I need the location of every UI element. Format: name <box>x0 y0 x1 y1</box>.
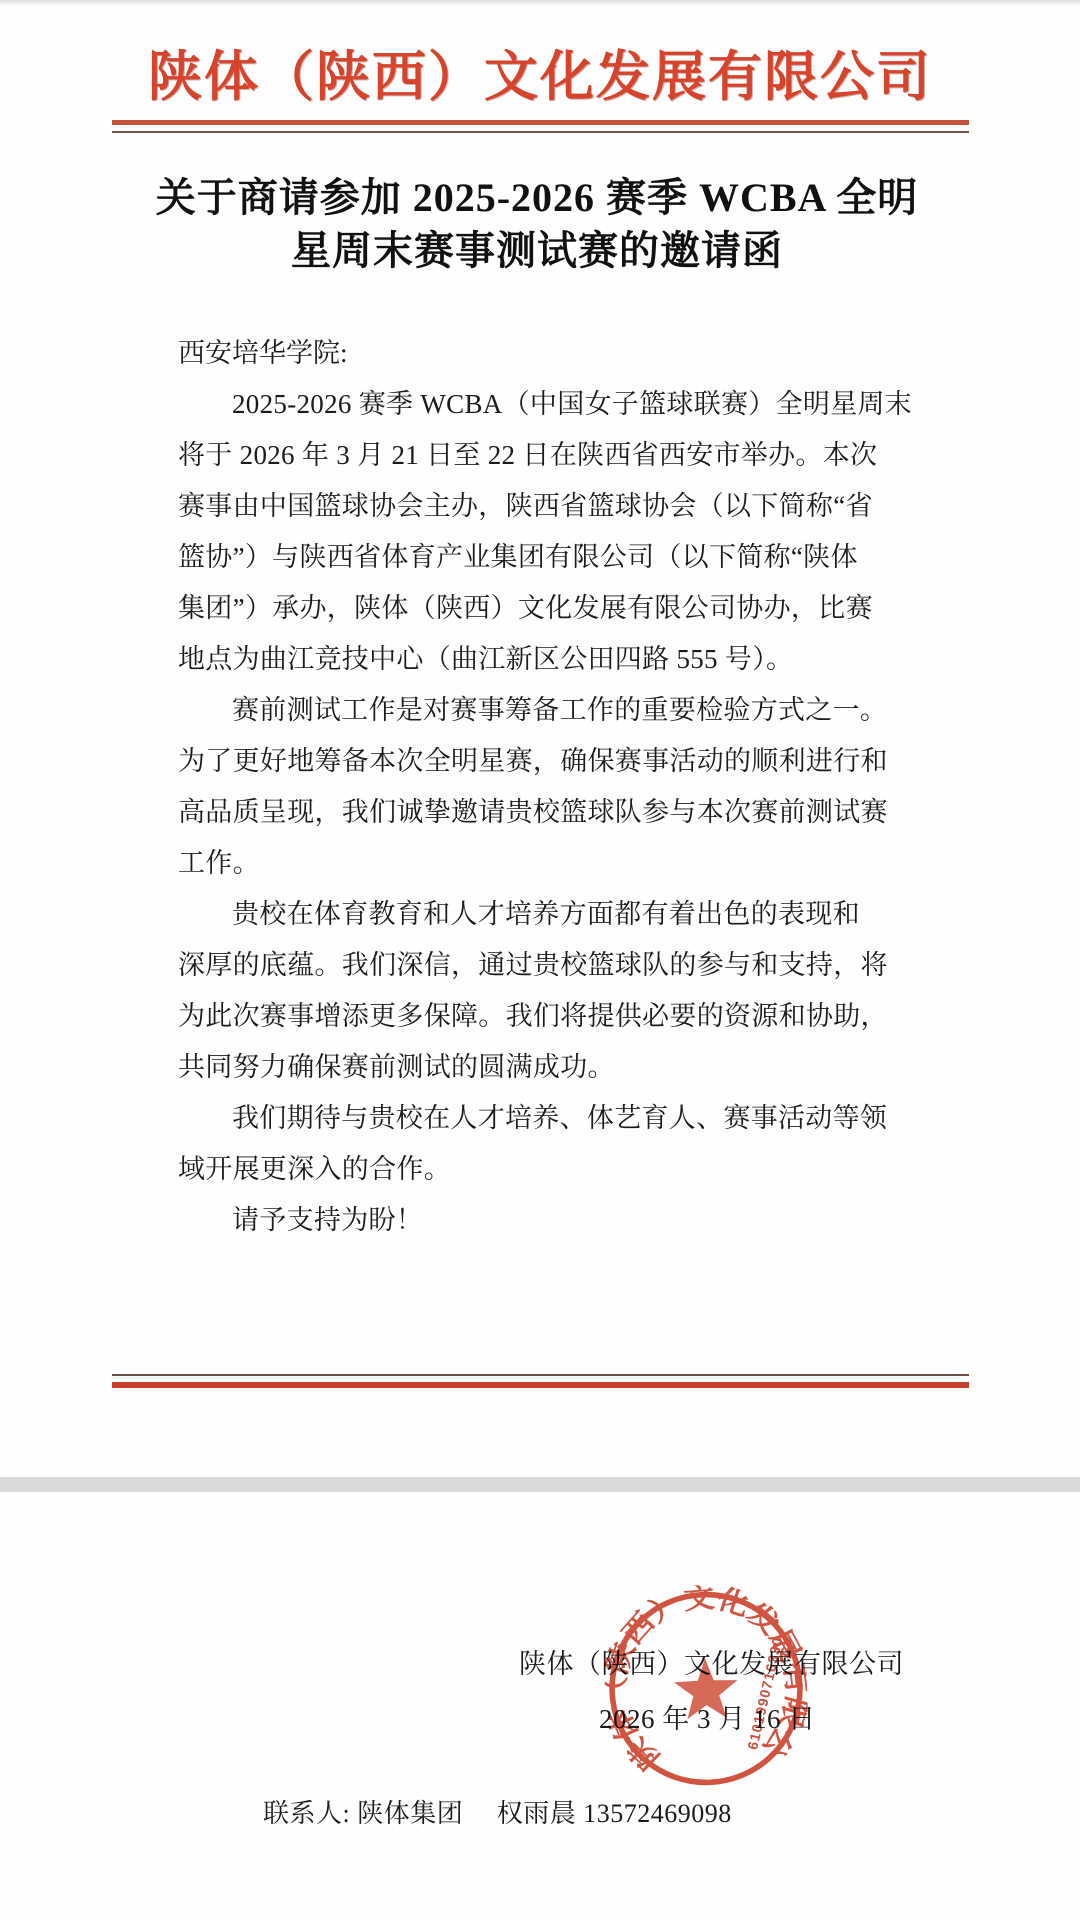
letter-body-line: 我们期待与贵校在人才培养、体艺育人、赛事活动等领 <box>178 1093 908 1144</box>
letter-body-line: 赛前测试工作是对赛事筹备工作的重要检验方式之一。 <box>178 685 908 736</box>
letter-body: 2025-2026 赛季 WCBA（中国女子篮球联赛）全明星周末将于 2026 … <box>178 379 908 1246</box>
letter-body-line: 域开展更深入的合作。 <box>178 1144 908 1195</box>
letter-body-line: 集团”）承办，陕体（陕西）文化发展有限公司协办，比赛 <box>178 583 908 634</box>
document-title-line1: 关于商请参加 2025-2026 赛季 WCBA 全明 <box>0 171 1074 224</box>
letter-body-line: 工作。 <box>178 838 908 889</box>
letter-body-line: 贵校在体育教育和人才培养方面都有着出色的表现和 <box>178 889 908 940</box>
letter-body-line: 2025-2026 赛季 WCBA（中国女子篮球联赛）全明星周末 <box>178 379 908 430</box>
letter-body-line: 为了更好地筹备本次全明星赛，确保赛事活动的顺利进行和 <box>178 736 908 787</box>
letter-body-line: 篮协”）与陕西省体育产业集团有限公司（以下简称“陕体 <box>178 532 908 583</box>
letterhead-rule-thin <box>112 131 969 133</box>
letter-body-line: 为此次赛事增添更多保障。我们将提供必要的资源和协助， <box>178 991 908 1042</box>
scan-section-divider <box>0 1477 1080 1492</box>
letter-body-line: 请予支持为盼！ <box>178 1195 908 1246</box>
document-title: 关于商请参加 2025-2026 赛季 WCBA 全明 星周末赛事测试赛的邀请函 <box>0 171 1074 277</box>
letter-page: 陕体（陕西）文化发展有限公司 关于商请参加 2025-2026 赛季 WCBA … <box>0 0 1080 1919</box>
letter-body-line: 共同努力确保赛前测试的圆满成功。 <box>178 1042 908 1093</box>
document-title-line2: 星周末赛事测试赛的邀请函 <box>0 224 1074 277</box>
letter-body-line: 深厚的底蕴。我们深信，通过贵校篮球队的参与和支持，将 <box>178 940 908 991</box>
letter-body-line: 高品质呈现，我们诚挚邀请贵校篮球队参与本次赛前测试赛 <box>178 787 908 838</box>
letterhead-rule-thick <box>112 120 969 125</box>
footer-rule-thick <box>112 1382 969 1388</box>
letter-body-line: 地点为曲江竞技中心（曲江新区公田四路 555 号）。 <box>178 634 908 685</box>
salutation: 西安培华学院: <box>178 328 938 379</box>
letter-body-line: 赛事由中国篮球协会主办，陕西省篮球协会（以下简称“省 <box>178 481 908 532</box>
footer-rule-thin <box>112 1374 969 1376</box>
contact-person-line: 联系人: 陕体集团 权雨晨 13572469098 <box>263 1788 732 1839</box>
company-seal-stamp: 陕体（陕西）文化发展有限公司 6101990716330 <box>601 1582 810 1796</box>
letterhead-company-name: 陕体（陕西）文化发展有限公司 <box>0 34 1080 111</box>
seal-star-icon <box>673 1657 738 1719</box>
letter-body-line: 将于 2026 年 3 月 21 日至 22 日在陕西省西安市举办。本次 <box>178 430 908 481</box>
